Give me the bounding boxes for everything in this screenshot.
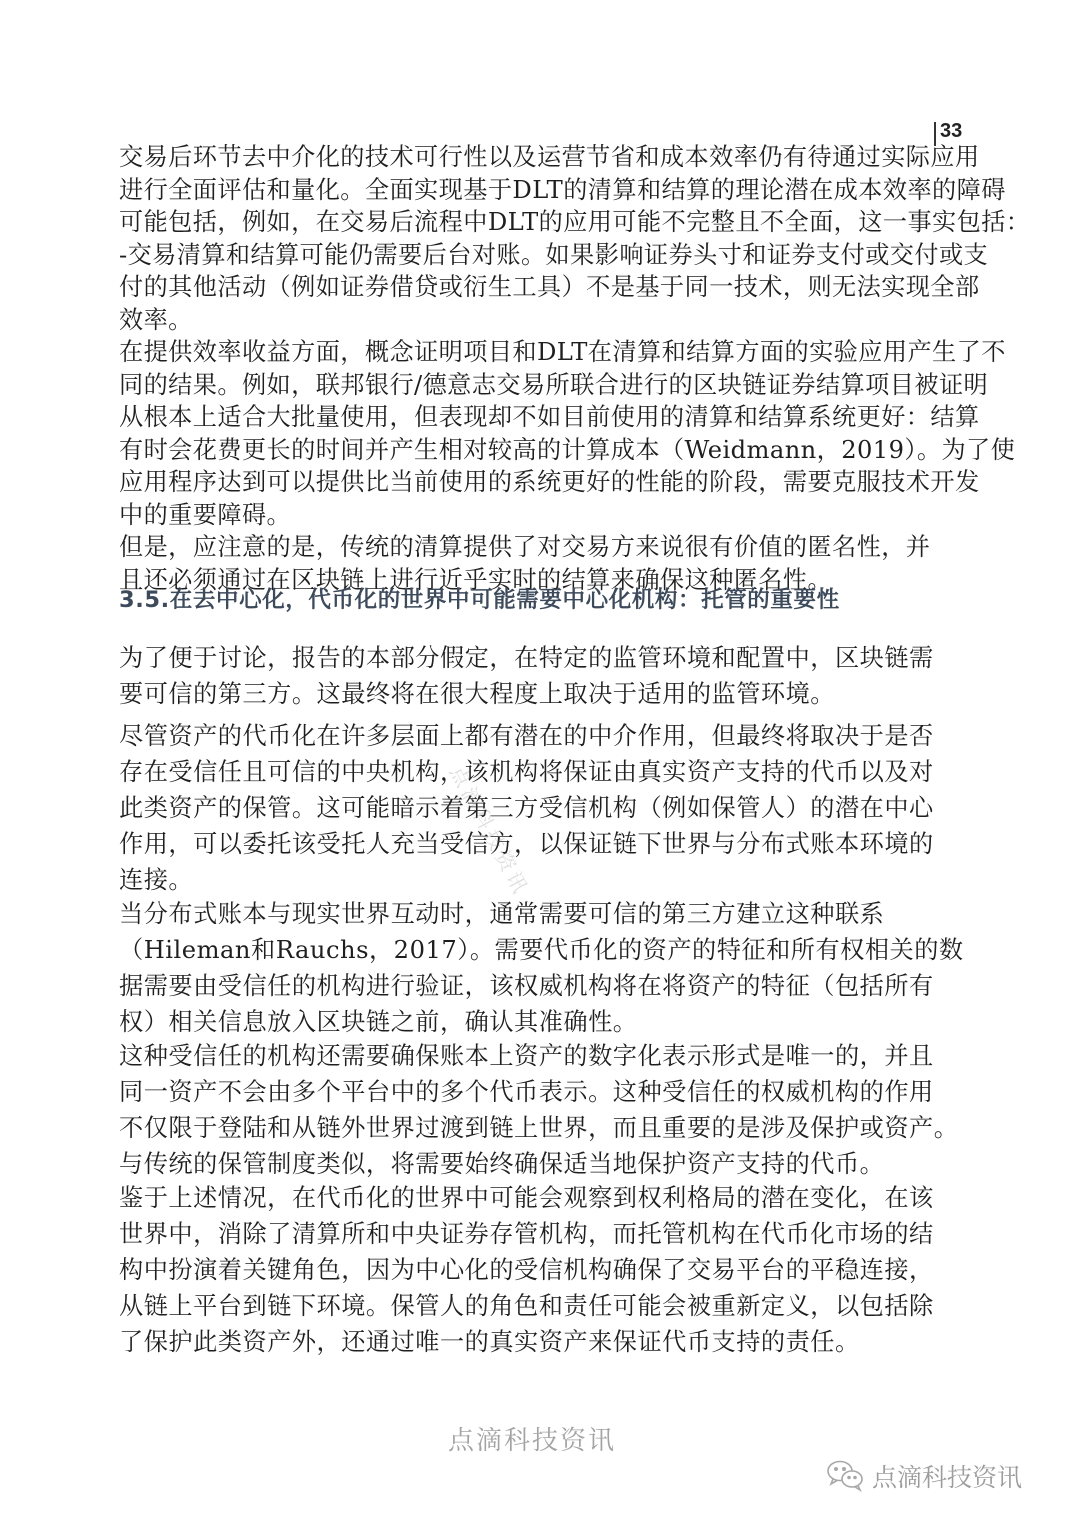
text-line: 付的其他活动（例如证券借贷或衍生工具）不是基于同一技术，则无法实现全部 [119, 271, 959, 304]
text-line: 从链上平台到链下环境。保管人的角色和责任可能会被重新定义，以包括除 [119, 1288, 969, 1324]
text-line: 同的结果。例如，联邦银行/德意志交易所联合进行的区块链证券结算项目被证明 [119, 369, 959, 402]
text-line: 要可信的第三方。这最终将在很大程度上取决于适用的监管环境。 [119, 676, 969, 712]
text-line: 鉴于上述情况，在代币化的世界中可能会观察到权利格局的潜在变化，在该 [119, 1180, 969, 1216]
section-heading: 3.5.在去中心化，代币化的世界中可能需要中心化机构：托管的重要性 [119, 582, 840, 614]
text-line: 此类资产的保管。这可能暗示着第三方受信机构（例如保管人）的潜在中心 [119, 790, 969, 826]
text-line: 权）相关信息放入区块链之前，确认其准确性。 [119, 1004, 969, 1040]
text-line: 作用，可以委托该受托人充当受信方，以保证链下世界与分布式账本环境的 [119, 826, 969, 862]
text-line: 交易后环节去中介化的技术可行性以及运营节省和成本效率仍有待通过实际应用 [119, 141, 959, 174]
paragraph-2: 尽管资产的代币化在许多层面上都有潜在的中介作用，但最终将取决于是否 存在受信任且… [119, 718, 969, 898]
text-line: 这种受信任的机构还需要确保账本上资产的数字化表示形式是唯一的，并且 [119, 1038, 969, 1074]
text-line: 为了便于讨论，报告的本部分假定，在特定的监管环境和配置中，区块链需 [119, 640, 969, 676]
text-line: 不仅限于登陆和从链外世界过渡到链上世界，而且重要的是涉及保护或资产。 [119, 1110, 969, 1146]
text-line: 与传统的保管制度类似，将需要始终确保适当地保护资产支持的代币。 [119, 1146, 969, 1182]
text-line: 从根本上适合大批量使用，但表现却不如目前使用的清算和结算系统更好：结算 [119, 401, 959, 434]
wechat-account-name: 点滴科技资讯 [872, 1458, 1022, 1494]
text-line: 效率。 [119, 304, 959, 337]
text-line: 当分布式账本与现实世界互动时，通常需要可信的第三方建立这种联系 [119, 896, 969, 932]
wechat-icon [826, 1459, 866, 1493]
wechat-account-watermark: 点滴科技资讯 [826, 1458, 1022, 1494]
text-line: 可能包括，例如，在交易后流程中DLT的应用可能不完整且不全面，这一事实包括： [119, 206, 959, 239]
text-line: 连接。 [119, 862, 969, 898]
text-line: 中的重要障碍。 [119, 499, 959, 532]
text-line: 了保护此类资产外，还通过唯一的真实资产来保证代币支持的责任。 [119, 1324, 969, 1360]
footer-brand: 点滴科技资讯 [448, 1420, 616, 1457]
text-line: 进行全面评估和量化。全面实现基于DLT的清算和结算的理论潜在成本效率的障碍 [119, 174, 959, 207]
text-line: -交易清算和结算可能仍需要后台对账。如果影响证券头寸和证券支付或交付或支 [119, 239, 959, 272]
text-line: 尽管资产的代币化在许多层面上都有潜在的中介作用，但最终将取决于是否 [119, 718, 969, 754]
text-line: 但是，应注意的是，传统的清算提供了对交易方来说很有价值的匿名性，并 [119, 531, 959, 564]
text-line: 存在受信任且可信的中央机构，该机构将保证由真实资产支持的代币以及对 [119, 754, 969, 790]
paragraph-4: 这种受信任的机构还需要确保账本上资产的数字化表示形式是唯一的，并且 同一资产不会… [119, 1038, 969, 1182]
text-line: 有时会花费更长的时间并产生相对较高的计算成本（Weidmann，2019）。为了… [119, 434, 959, 467]
text-line: 构中扮演着关键角色，因为中心化的受信机构确保了交易平台的平稳连接， [119, 1252, 969, 1288]
text-line: 在提供效率收益方面，概念证明项目和DLT在清算和结算方面的实验应用产生了不 [119, 336, 959, 369]
text-line: 同一资产不会由多个平台中的多个代币表示。这种受信任的权威机构的作用 [119, 1074, 969, 1110]
intro-text-block: 交易后环节去中介化的技术可行性以及运营节省和成本效率仍有待通过实际应用 进行全面… [119, 141, 959, 596]
text-line: 世界中，消除了清算所和中央证券存管机构，而托管机构在代币化市场的结 [119, 1216, 969, 1252]
text-line: 应用程序达到可以提供比当前使用的系统更好的性能的阶段，需要克服技术开发 [119, 466, 959, 499]
paragraph-1: 为了便于讨论，报告的本部分假定，在特定的监管环境和配置中，区块链需 要可信的第三… [119, 640, 969, 712]
page-number-value: 33 [940, 120, 962, 143]
paragraph-3: 当分布式账本与现实世界互动时，通常需要可信的第三方建立这种联系 （Hileman… [119, 896, 969, 1040]
text-line: 据需要由受信任的机构进行验证，该权威机构将在将资产的特征（包括所有 [119, 968, 969, 1004]
text-line: （Hileman和Rauchs，2017）。需要代币化的资产的特征和所有权相关的… [119, 932, 969, 968]
paragraph-5: 鉴于上述情况，在代币化的世界中可能会观察到权利格局的潜在变化，在该 世界中，消除… [119, 1180, 969, 1360]
